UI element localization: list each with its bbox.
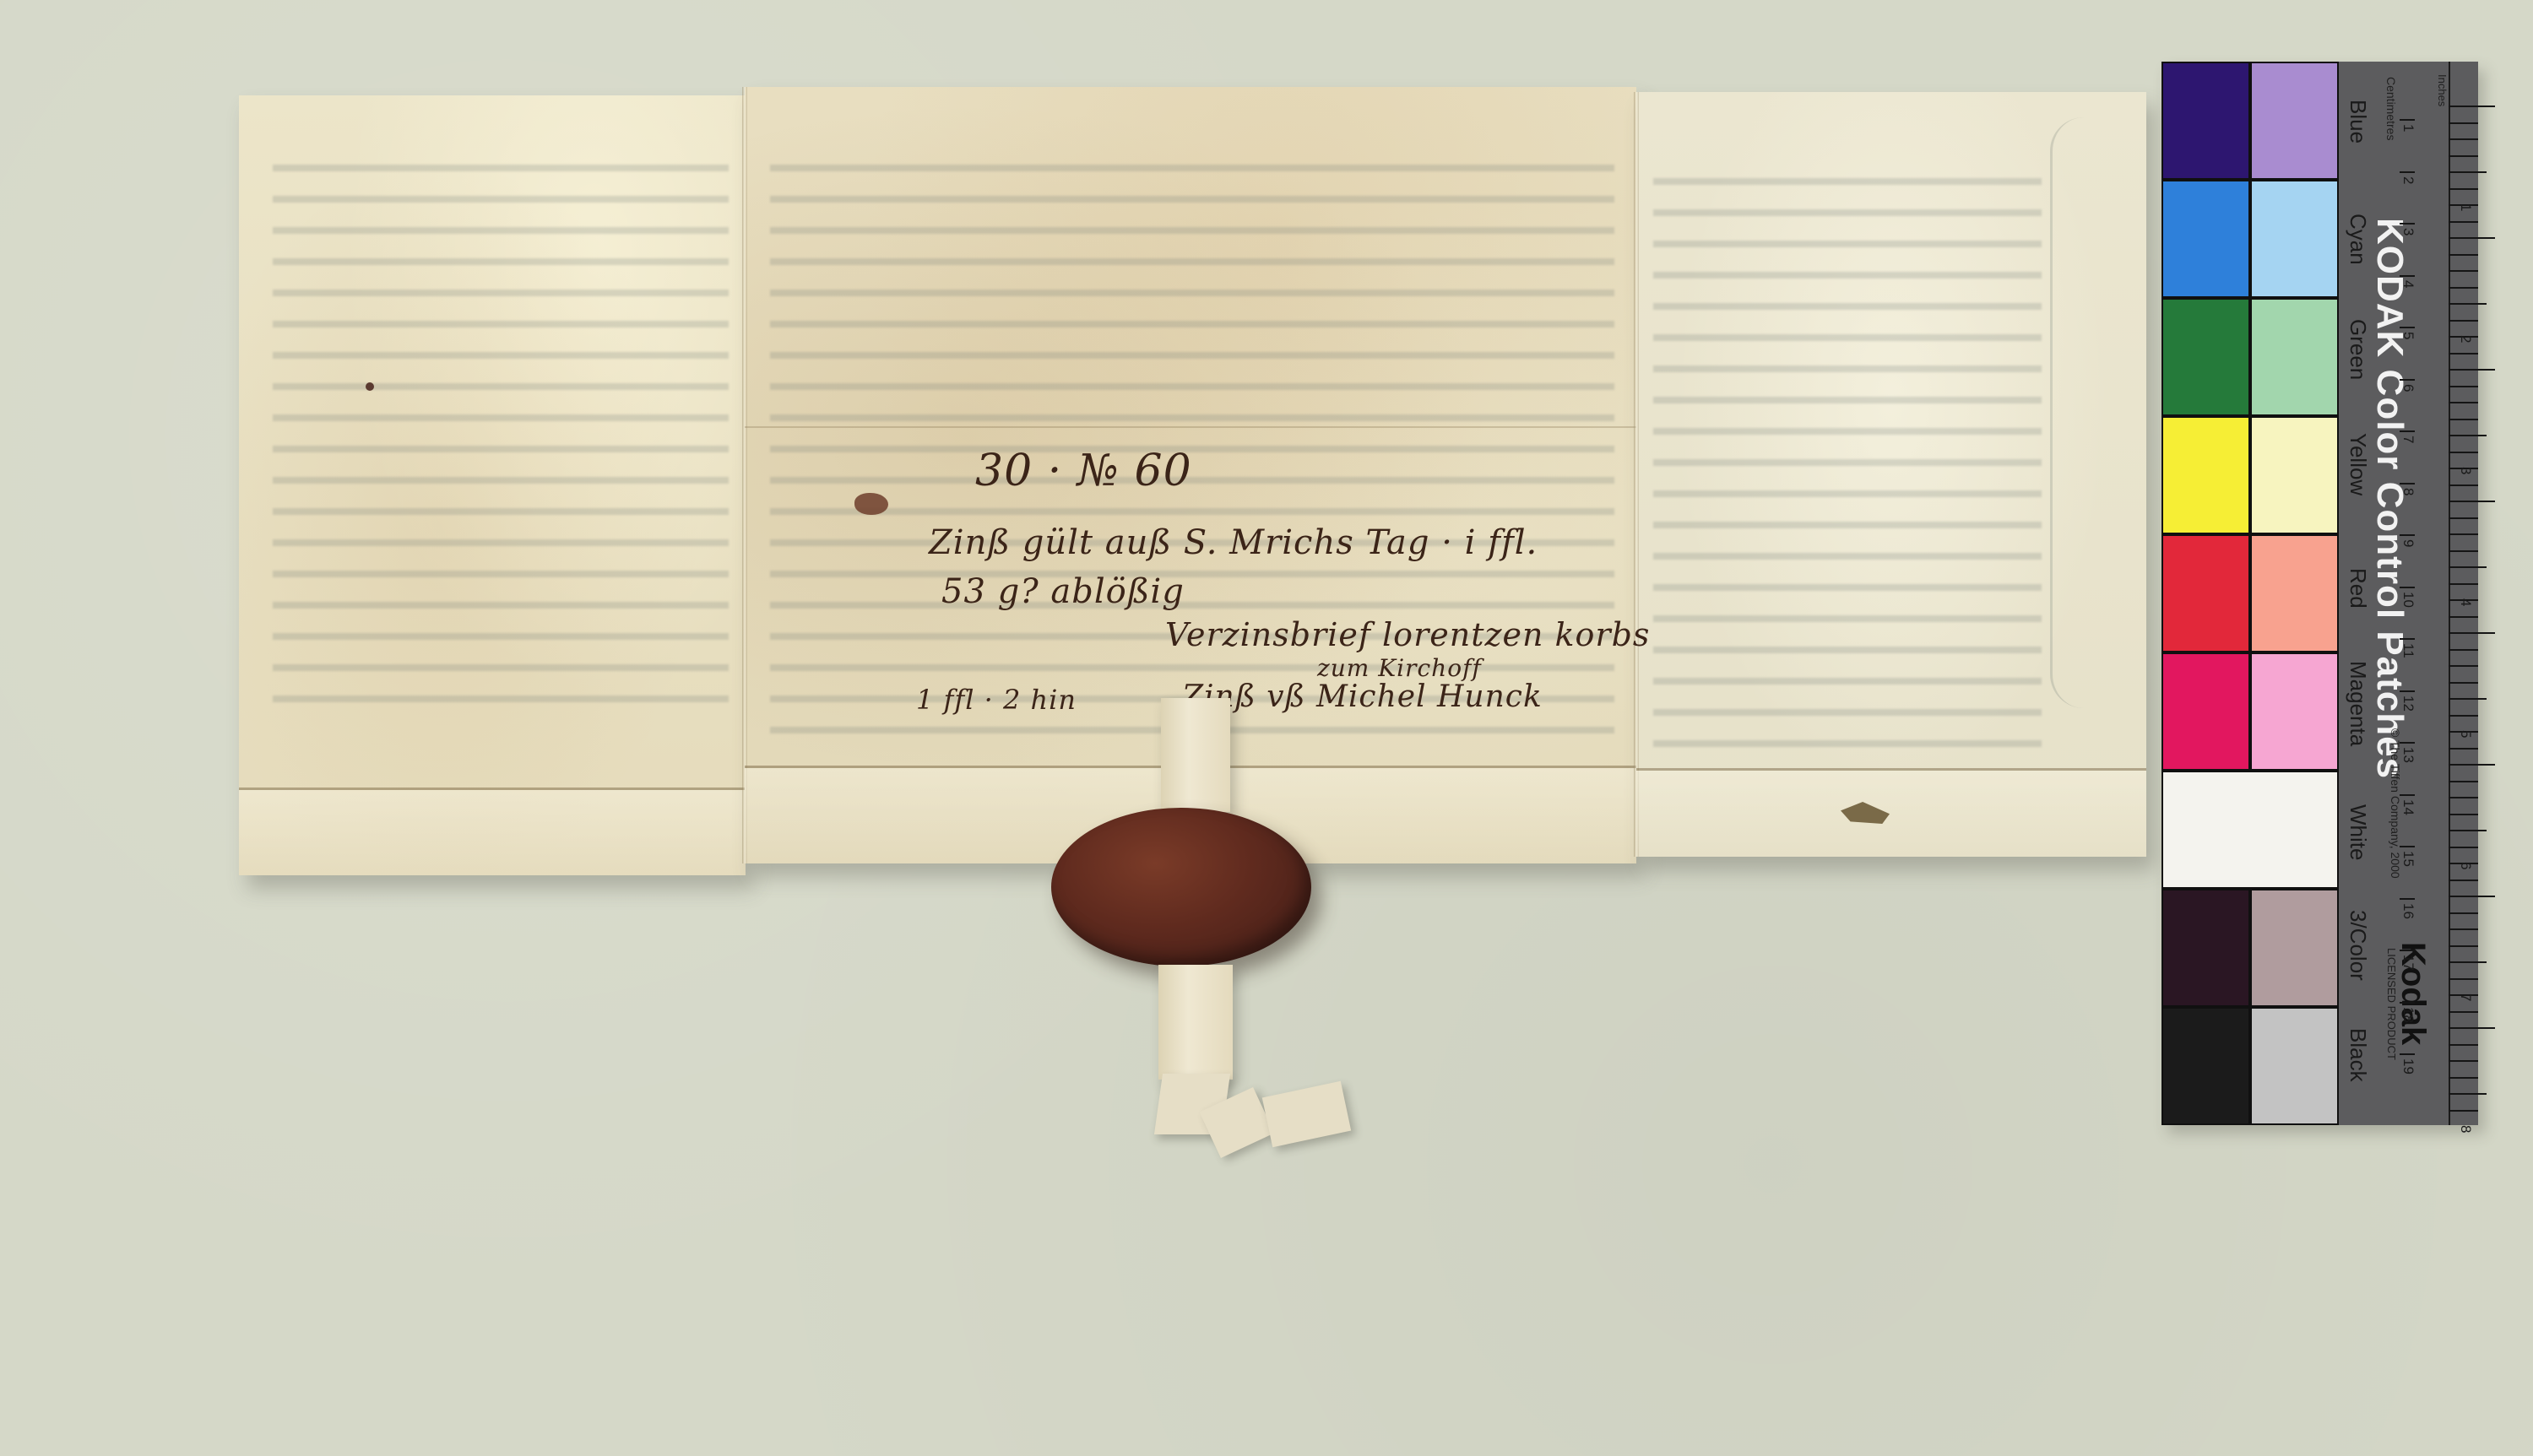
patch-white (2161, 771, 2339, 889)
inch-tick (2449, 682, 2478, 684)
inch-tick (2449, 402, 2478, 403)
inch-tick (2449, 386, 2478, 387)
inch-tick (2449, 237, 2495, 239)
bottom-flap (1636, 771, 2146, 857)
inch-tick (2449, 715, 2478, 717)
inch-tick (2449, 632, 2495, 634)
archival-number: 30 · № 60 (975, 446, 1192, 496)
cm-label: 5 (2400, 332, 2416, 339)
cm-tick (2400, 898, 2415, 900)
inch-tick (2449, 616, 2478, 618)
patch-cyan-dark (2161, 180, 2250, 298)
patch-red-light (2250, 534, 2339, 652)
patch-label-blue: Blue (2345, 100, 2371, 143)
inch-tick (2449, 880, 2478, 881)
centimetres-label: Centimetres (2384, 77, 2398, 140)
patch-label-3color: 3/Color (2345, 910, 2371, 981)
seal-tag-knot (1262, 1081, 1351, 1147)
middle-fold-line (745, 426, 1636, 428)
patch-magenta-dark (2161, 652, 2250, 771)
patch-black-dark (2161, 1007, 2250, 1125)
cm-tick (2400, 223, 2415, 225)
charter-left-panel (239, 95, 746, 875)
inch-tick (2449, 896, 2495, 897)
patch-label-green: Green (2345, 319, 2371, 380)
inch-tick (2449, 912, 2478, 914)
inch-tick (2449, 221, 2478, 223)
inch-tick (2449, 830, 2487, 831)
inch-tick (2449, 978, 2478, 980)
inch-tick (2449, 1044, 2478, 1046)
annotation-line: zum Kirchoff (1317, 654, 1482, 682)
inch-tick (2449, 748, 2478, 750)
cm-tick (2400, 1053, 2415, 1055)
inch-tick (2449, 533, 2478, 535)
inch-tick (2449, 928, 2478, 930)
inch-tick (2449, 270, 2478, 272)
inch-label: 3 (2457, 467, 2474, 474)
inch-tick (2449, 484, 2478, 486)
annotation-line: Zinß gült auß S. Mrichs Tag · i ffl. (929, 523, 1538, 562)
patch-label-yellow: Yellow (2345, 433, 2371, 495)
cm-tick (2400, 638, 2415, 640)
inch-tick (2449, 1027, 2495, 1029)
cm-tick (2400, 171, 2415, 173)
cm-label: 8 (2400, 488, 2416, 495)
cm-label: 13 (2400, 747, 2416, 763)
cm-label: 1 (2400, 124, 2416, 132)
inch-tick (2449, 287, 2478, 289)
inch-label: 6 (2457, 862, 2474, 869)
seal-tag-lower (1158, 965, 1233, 1080)
faded-flourish (2050, 117, 2103, 708)
cm-label: 17 (2400, 955, 2416, 971)
inch-tick (2449, 419, 2478, 420)
patch-blue-dark (2161, 62, 2250, 180)
cm-tick (2400, 327, 2415, 328)
patch-blue-light (2250, 62, 2339, 180)
inch-tick (2449, 517, 2478, 519)
inch-label: 2 (2457, 335, 2474, 343)
cm-label: 3 (2400, 228, 2416, 235)
inch-tick (2449, 254, 2478, 256)
cm-tick (2400, 119, 2415, 121)
patch-3color-dark (2161, 889, 2250, 1007)
wax-seal (1051, 808, 1311, 966)
inch-label: 7 (2457, 993, 2474, 1001)
inch-tick (2449, 649, 2478, 651)
cm-label: 16 (2400, 903, 2416, 919)
cm-tick (2400, 794, 2415, 796)
cm-tick (2400, 742, 2415, 744)
cm-label: 11 (2400, 643, 2416, 658)
inch-tick (2449, 1077, 2478, 1079)
bottom-flap (239, 790, 746, 875)
inch-tick (2449, 320, 2478, 322)
patch-3color-light (2250, 889, 2339, 1007)
inch-tick (2449, 122, 2478, 124)
patch-black-light (2250, 1007, 2339, 1125)
inch-tick (2449, 847, 2478, 848)
cm-label: 10 (2400, 592, 2416, 608)
annotation-line: Zinß vß Michel Hunck (1182, 679, 1543, 714)
cm-label: 18 (2400, 1007, 2416, 1023)
cm-tick (2400, 430, 2415, 432)
faded-text-bleedthrough (273, 146, 729, 703)
right-vertical-fold (1634, 92, 1639, 857)
cm-label: 6 (2400, 384, 2416, 392)
kodak-licensed-label: LICENSED PRODUCT (2385, 948, 2398, 1060)
patch-red-dark (2161, 534, 2250, 652)
inch-tick (2449, 550, 2478, 552)
cm-tick (2400, 483, 2415, 484)
inch-tick (2449, 583, 2478, 585)
patch-green-light (2250, 298, 2339, 416)
inch-tick (2449, 1011, 2478, 1013)
inch-label: 5 (2457, 730, 2474, 738)
annotation-line: 53 g? ablößig (941, 572, 1185, 611)
inch-tick (2449, 155, 2478, 157)
patch-yellow-dark (2161, 416, 2250, 534)
cm-tick (2400, 587, 2415, 588)
faded-text-bleedthrough (1653, 160, 2042, 750)
inch-tick (2449, 501, 2495, 502)
cm-label: 9 (2400, 539, 2416, 547)
inch-tick (2449, 961, 2487, 963)
ink-spot (366, 382, 374, 391)
inch-tick (2449, 781, 2478, 782)
annotation-line: Verzinsbrief lorentzen korbs (1165, 616, 1650, 653)
inch-tick (2449, 353, 2478, 355)
inch-tick (2449, 814, 2478, 815)
ruler-strip: Blue Cyan Green Yellow Red Magenta White… (2339, 62, 2478, 1125)
patch-label-magenta: Magenta (2345, 661, 2371, 746)
patch-label-cyan: Cyan (2345, 214, 2371, 265)
inch-tick (2449, 665, 2478, 667)
inch-tick (2449, 452, 2478, 453)
cm-tick (2400, 534, 2415, 536)
cm-label: 12 (2400, 696, 2416, 712)
cm-label: 15 (2400, 851, 2416, 867)
cm-label: 19 (2400, 1058, 2416, 1074)
cm-tick (2400, 379, 2415, 381)
inch-tick (2449, 138, 2478, 140)
ink-blot (854, 493, 888, 515)
patch-yellow-light (2250, 416, 2339, 534)
cm-label: 2 (2400, 176, 2416, 184)
inch-tick (2449, 435, 2487, 436)
patch-green-dark (2161, 298, 2250, 416)
inch-tick (2449, 188, 2478, 190)
inch-tick (2449, 1060, 2478, 1062)
cm-tick (2400, 950, 2415, 951)
cm-tick (2400, 846, 2415, 847)
charter-right-panel (1636, 92, 2146, 857)
inch-tick (2449, 566, 2487, 568)
left-vertical-fold (742, 87, 747, 863)
inch-label: 4 (2457, 598, 2474, 606)
kodak-color-card: Blue Cyan Green Yellow Red Magenta White… (2161, 62, 2478, 1125)
cm-label: 14 (2400, 799, 2416, 815)
patch-cyan-light (2250, 180, 2339, 298)
inches-label: Inches (2436, 74, 2449, 106)
inch-tick (2449, 797, 2478, 798)
cm-label: 7 (2400, 436, 2416, 443)
patch-label-black: Black (2345, 1028, 2371, 1082)
inch-label: 8 (2457, 1125, 2474, 1133)
patch-label-red: Red (2345, 568, 2371, 609)
inch-tick (2449, 303, 2487, 305)
cm-label: 4 (2400, 280, 2416, 288)
patch-label-white: White (2345, 804, 2371, 860)
inch-tick (2449, 106, 2495, 107)
annotation-line: 1 ffl · 2 hin (916, 684, 1077, 716)
inch-tick (2449, 369, 2495, 371)
inch-tick (2449, 171, 2487, 173)
cm-tick (2400, 275, 2415, 277)
inch-tick (2449, 945, 2478, 947)
seal-tag-upper (1161, 698, 1230, 812)
inch-tick (2449, 764, 2495, 766)
inch-label: 1 (2457, 203, 2474, 211)
cm-tick (2400, 1002, 2415, 1004)
cm-tick (2400, 690, 2415, 692)
inch-tick (2449, 698, 2487, 700)
patch-magenta-light (2250, 652, 2339, 771)
inch-tick (2449, 1093, 2487, 1095)
inch-tick (2449, 1110, 2478, 1112)
